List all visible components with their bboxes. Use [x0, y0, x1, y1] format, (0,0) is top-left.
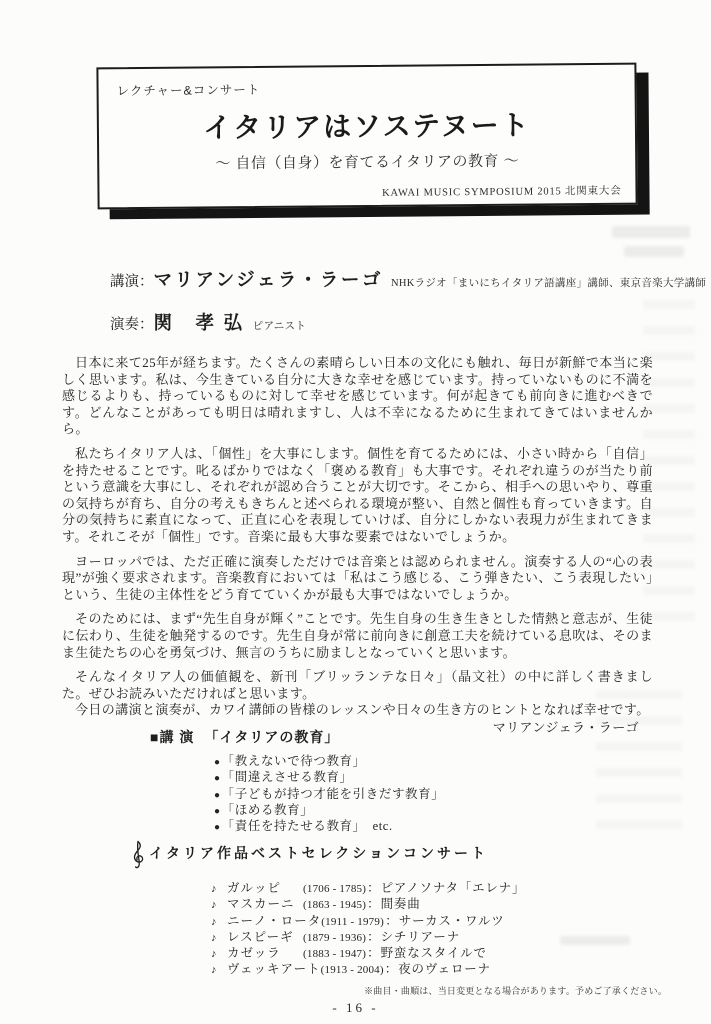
bullet-icon: ●: [214, 806, 221, 817]
lecturer-line: 講演：マリアンジェラ・ラーゴNHKラジオ「まいにちイタリア語講座」講師、東京音楽…: [110, 266, 706, 292]
colon-separator: ：: [367, 946, 380, 961]
piece-title: ピアノソナタ「エレナ」: [381, 881, 526, 896]
lecture-section: ■講 演「イタリアの教育」 ●「教えないで待つ教育」●「間違えさせる教育」●「子…: [150, 727, 444, 835]
composer-years: (1706 - 1785): [303, 882, 366, 897]
colon-separator: ：: [367, 897, 380, 912]
lecture-topic-item: ●「教えないで待つ教育」: [214, 754, 444, 770]
piece-title: 夜のヴェローナ: [398, 962, 491, 977]
performer-name: 関 孝 弘: [154, 314, 245, 334]
essay-paragraph: そんなイタリア人の価値観を、新刊「ブリッランテな日々」（晶文社）の中に詳しく書き…: [62, 669, 653, 702]
bullet-icon: ●: [214, 773, 221, 784]
composer-name: マスカーニ: [227, 897, 303, 912]
lecture-topic-item: ●「責任を持たせる教育」 etc.: [214, 819, 444, 835]
treble-clef-icon: [131, 840, 145, 875]
lecturer-name: マリアンジェラ・ラーゴ: [154, 271, 383, 291]
lecture-role-label: 講演：: [110, 274, 154, 290]
essay-paragraph: そのためには、まず“先生自身が輝く”ことです。先生自身の生き生きとした情熱と意志…: [62, 611, 653, 661]
performer-credential: ピアニスト: [253, 321, 306, 332]
lecturer-credentials: NHKラジオ「まいにちイタリア語講座」講師、東京音楽大学講師: [391, 278, 706, 289]
lecture-heading-marker: ■講 演: [150, 729, 194, 745]
concert-heading-text: イタリア作品ベストセレクションコンサート: [149, 840, 488, 863]
page-subtitle: ～ 自信（自身）を育てるイタリアの教育 ～: [99, 149, 635, 175]
lecture-topic-item: ●「ほめる教育」: [214, 803, 444, 819]
piece-title: サーカス・ワルツ: [399, 914, 505, 929]
essay-paragraph: 私たちイタリア人は、「個性」を大事にします。個性を育てるためには、小さい時から「…: [62, 446, 653, 546]
composer-name: ニーノ・ロータ: [227, 914, 321, 929]
composer-years: (1879 - 1936): [303, 931, 366, 946]
music-note-icon: ♪: [211, 931, 227, 946]
programme-footnote: ※曲目・曲順は、当日変更となる場合があります。予めご了承ください。: [131, 984, 673, 997]
page-title: イタリアはソステヌート: [99, 103, 635, 148]
concert-programme-row: ♪ガルッピ(1706 - 1785)：ピアノソナタ「エレナ」: [211, 881, 673, 897]
concert-programme-row: ♪ヴェッキアート(1913 - 2004)：夜のヴェローナ: [211, 962, 673, 978]
composer-name: カゼッラ: [227, 946, 303, 961]
composer-years: (1883 - 1947): [303, 947, 366, 962]
music-note-icon: ♪: [211, 882, 227, 897]
essay-body: 日本に来て25年が経ちます。たくさんの素晴らしい日本の文化にも触れ、毎日が新鮮で…: [62, 355, 653, 736]
music-note-icon: ♪: [211, 915, 227, 930]
composer-years: (1913 - 2004): [321, 963, 384, 978]
essay-paragraph: ヨーロッパでは、ただ正確に演奏しただけでは音楽とは認められません。演奏する人の“…: [62, 554, 653, 604]
lecture-topic-label: 「間違えさせる教育」: [222, 770, 353, 784]
page-number: - 16 -: [0, 1000, 711, 1016]
piece-title: 間奏曲: [381, 897, 421, 912]
essay-paragraph: 今日の講演と演奏が、カワイ講師の皆様のレッスンや日々の生き方のヒントとなれば幸せ…: [62, 702, 653, 719]
colon-separator: ：: [367, 881, 380, 896]
composer-years: (1911 - 1979): [321, 915, 384, 930]
symposium-name: KAWAI MUSIC SYMPOSIUM 2015 北関東大会: [382, 183, 622, 200]
bullet-icon: ●: [214, 822, 221, 833]
presenters-block: 講演：マリアンジェラ・ラーゴNHKラジオ「まいにちイタリア語講座」講師、東京音楽…: [110, 266, 706, 335]
scanned-program-page: レクチャー&コンサート イタリアはソステヌート ～ 自信（自身）を育てるイタリア…: [0, 0, 711, 1024]
colon-separator: ：: [385, 914, 398, 929]
piece-title: 野蛮なスタイルで: [381, 946, 487, 961]
scan-artifact: [624, 246, 684, 257]
composer-name: ガルッピ: [227, 881, 303, 896]
music-note-icon: ♪: [211, 947, 227, 962]
concert-programme-row: ♪マスカーニ(1863 - 1945)：間奏曲: [211, 897, 673, 913]
bullet-icon: ●: [214, 757, 221, 768]
event-type-tag: レクチャー&コンサート: [117, 80, 261, 99]
colon-separator: ：: [367, 930, 380, 945]
bullet-icon: ●: [214, 790, 221, 801]
essay-paragraph: 日本に来て25年が経ちます。たくさんの素晴らしい日本の文化にも触れ、毎日が新鮮で…: [62, 355, 653, 438]
lecture-heading: ■講 演「イタリアの教育」: [150, 727, 444, 747]
lecture-topic-list: ●「教えないで待つ教育」●「間違えさせる教育」●「子どもが持つ才能を引きだす教育…: [214, 754, 444, 835]
concert-programme-row: ♪ニーノ・ロータ(1911 - 1979)：サーカス・ワルツ: [211, 914, 673, 930]
music-note-icon: ♪: [211, 963, 227, 978]
music-note-icon: ♪: [211, 898, 227, 913]
essay-paragraphs: 日本に来て25年が経ちます。たくさんの素晴らしい日本の文化にも触れ、毎日が新鮮で…: [62, 355, 653, 719]
lecture-topic-label: 「子どもが持つ才能を引きだす教育」: [222, 787, 445, 801]
composer-years: (1863 - 1945): [303, 898, 366, 913]
performance-role-label: 演奏：: [110, 317, 154, 333]
lecture-topic-item: ●「間違えさせる教育」: [214, 770, 444, 786]
lecture-topic-label: 「教えないで待つ教育」: [222, 754, 366, 768]
concert-programme-row: ♪カゼッラ(1883 - 1947)：野蛮なスタイルで: [211, 946, 673, 962]
piece-title: シチリアーナ: [381, 930, 460, 945]
title-box: レクチャー&コンサート イタリアはソステヌート ～ 自信（自身）を育てるイタリア…: [96, 63, 637, 210]
concert-programme-row: ♪レスピーギ(1879 - 1936)：シチリアーナ: [211, 930, 673, 946]
performer-line: 演奏：関 孝 弘ピアニスト: [110, 309, 706, 335]
concert-section: イタリア作品ベストセレクションコンサート ♪ガルッピ(1706 - 1785)：…: [131, 840, 673, 997]
concert-programme-list: ♪ガルッピ(1706 - 1785)：ピアノソナタ「エレナ」♪マスカーニ(186…: [211, 881, 673, 979]
lecture-topic-item: ●「子どもが持つ才能を引きだす教育」: [214, 787, 444, 803]
composer-name: ヴェッキアート: [227, 962, 321, 977]
lecture-topic-label: 「責任を持たせる教育」 etc.: [222, 819, 393, 833]
lecture-heading-title: 「イタリアの教育」: [204, 729, 339, 745]
lecture-topic-label: 「ほめる教育」: [222, 803, 314, 817]
concert-heading: イタリア作品ベストセレクションコンサート: [131, 840, 673, 875]
colon-separator: ：: [385, 962, 398, 977]
composer-name: レスピーギ: [227, 930, 303, 945]
scan-artifact: [612, 226, 690, 238]
